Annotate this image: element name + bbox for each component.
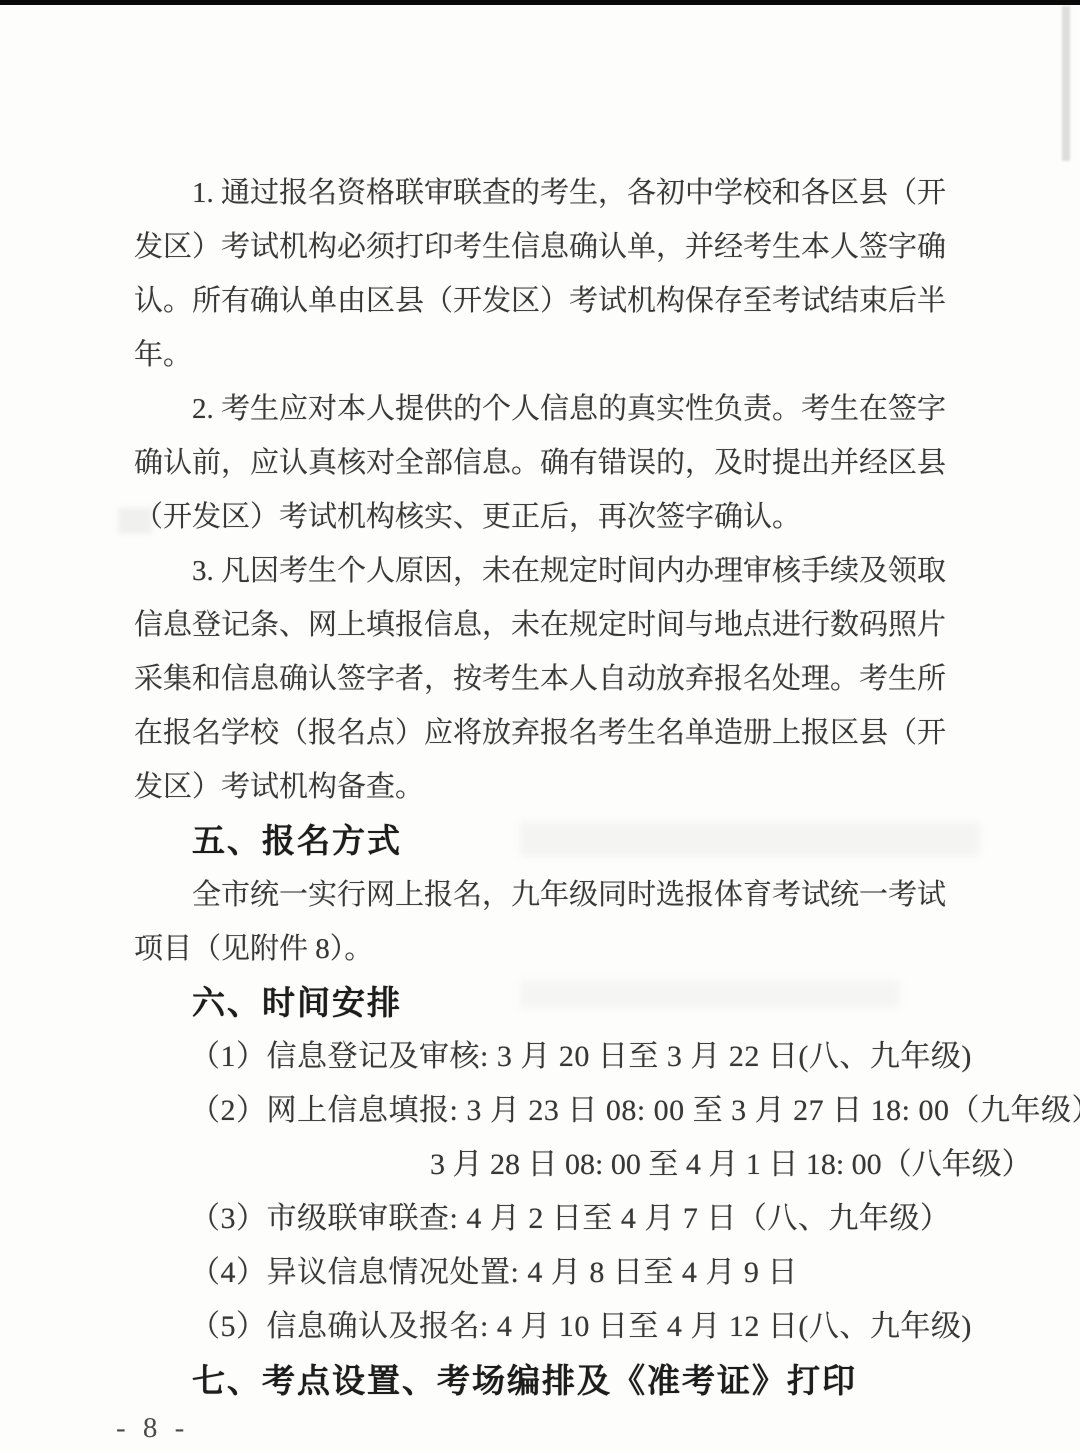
paragraph-line: 3. 凡因考生个人原因，未在规定时间内办理审核手续及领取 <box>134 544 946 598</box>
text-block: 1. 通过报名资格联审联查的考生，各初中学校和各区县（开 发区）考试机构必须打印… <box>134 166 946 1408</box>
schedule-item-1: （1）信息登记及审核: 3 月 20 日至 3 月 22 日(八、九年级) <box>134 1030 946 1084</box>
section-heading-5: 五、报名方式 <box>134 814 946 868</box>
paragraph-line: 2. 考生应对本人提供的个人信息的真实性负责。考生在签字 <box>134 382 946 436</box>
schedule-item-5: （5）信息确认及报名: 4 月 10 日至 4 月 12 日(八、九年级) <box>134 1300 946 1354</box>
page-number: - 8 - <box>116 1408 189 1448</box>
paragraph-line: 发区）考试机构必须打印考生信息确认单，并经考生本人签字确 <box>134 220 946 274</box>
paragraph-line: 全市统一实行网上报名，九年级同时选报体育考试统一考试 <box>134 868 946 922</box>
schedule-item-2: （2）网上信息填报: 3 月 23 日 08: 00 至 3 月 27 日 18… <box>134 1084 946 1138</box>
schedule-item-3: （3）市级联审联查: 4 月 2 日至 4 月 7 日（八、九年级） <box>134 1192 946 1246</box>
paragraph-line: 确认前，应认真核对全部信息。确有错误的，及时提出并经区县 <box>134 436 946 490</box>
paragraph-line: （开发区）考试机构核实、更正后，再次签字确认。 <box>134 490 946 544</box>
schedule-item-2-continuation: 3 月 28 日 08: 00 至 4 月 1 日 18: 00（八年级） <box>134 1138 946 1192</box>
paragraph-line: 发区）考试机构备查。 <box>134 760 946 814</box>
paragraph-line: 信息登记条、网上填报信息，未在规定时间与地点进行数码照片 <box>134 598 946 652</box>
document-page: 1. 通过报名资格联审联查的考生，各初中学校和各区县（开 发区）考试机构必须打印… <box>0 0 1080 1452</box>
paragraph-line: 在报名学校（报名点）应将放弃报名考生名单造册上报区县（开 <box>134 706 946 760</box>
scan-edge-bar <box>0 0 1080 5</box>
section-heading-6: 六、时间安排 <box>134 976 946 1030</box>
paragraph-line: 项目（见附件 8）。 <box>134 922 946 976</box>
paragraph-line: 采集和信息确认签字者，按考生本人自动放弃报名处理。考生所 <box>134 652 946 706</box>
paragraph-line: 年。 <box>134 328 946 382</box>
paragraph-line: 认。所有确认单由区县（开发区）考试机构保存至考试结束后半 <box>134 274 946 328</box>
section-heading-7: 七、考点设置、考场编排及《准考证》打印 <box>134 1354 946 1408</box>
paragraph-line: 1. 通过报名资格联审联查的考生，各初中学校和各区县（开 <box>134 166 946 220</box>
schedule-item-4: （4）异议信息情况处置: 4 月 8 日至 4 月 9 日 <box>134 1246 946 1300</box>
scan-artifact <box>1062 6 1070 161</box>
